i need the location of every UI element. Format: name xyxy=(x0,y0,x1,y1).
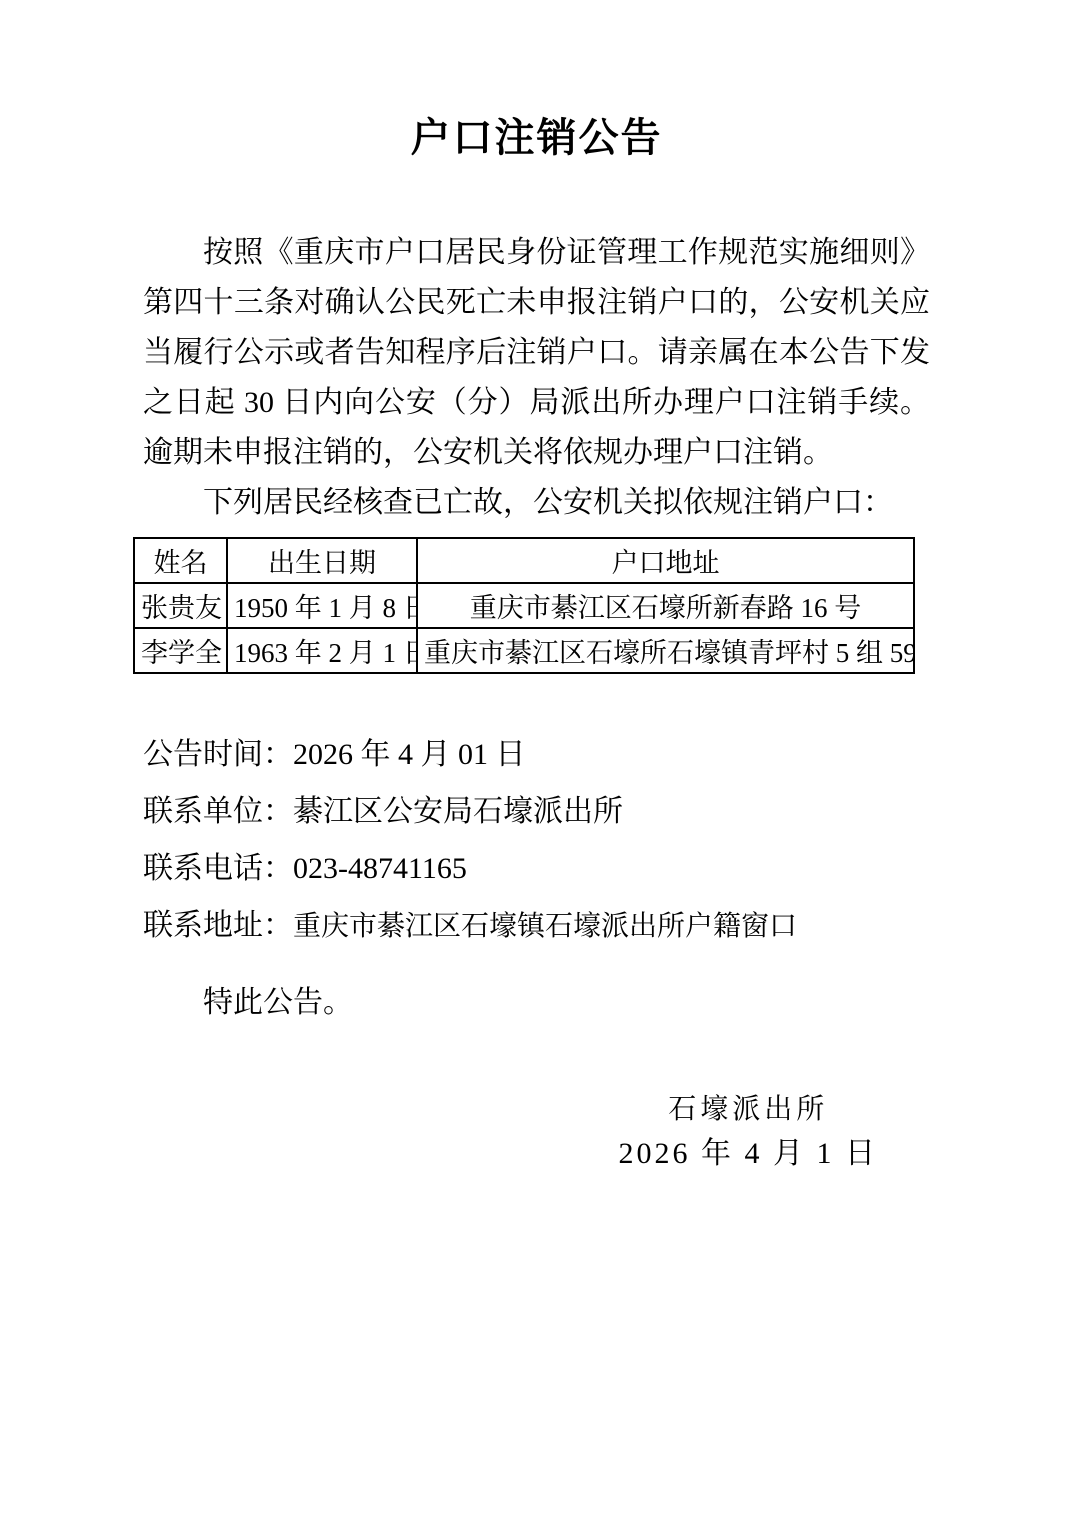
contact-unit-value: 綦江区公安局石壕派出所 xyxy=(293,795,623,828)
resident-address: 重庆市綦江区石壕所新春路 16 号 xyxy=(417,583,914,628)
table-header-birth-date: 出生日期 xyxy=(227,538,417,583)
contact-section: 公告时间：2026 年 4 月 01 日 联系单位：綦江区公安局石壕派出所 联系… xyxy=(143,740,930,942)
notice-date-line: 公告时间：2026 年 4 月 01 日 xyxy=(143,740,930,770)
resident-birth-date: 1950 年 1 月 8 日 xyxy=(227,583,417,628)
signature-unit: 石壕派出所 xyxy=(619,1088,879,1132)
notice-page: 户口注销公告 按照《重庆市户口居民身份证管理工作规范实施细则》第四十三条对确认公… xyxy=(0,0,1074,1176)
table-header-row: 姓名 出生日期 户口地址 xyxy=(134,538,914,583)
resident-birth-date: 1963 年 2 月 1 日 xyxy=(227,628,417,673)
notice-intro-line: 下列居民经核查已亡故，公安机关拟依规注销户口： xyxy=(143,478,930,528)
contact-phone-label: 联系电话： xyxy=(143,852,293,885)
notice-date-label: 公告时间： xyxy=(143,738,293,771)
contact-address-label: 联系地址： xyxy=(143,909,293,942)
contact-address-line: 联系地址：重庆市綦江区石壕镇石壕派出所户籍窗口 xyxy=(143,911,930,942)
closing-statement: 特此公告。 xyxy=(143,988,930,1018)
notice-body-paragraph: 按照《重庆市户口居民身份证管理工作规范实施细则》第四十三条对确认公民死亡未申报注… xyxy=(143,228,930,478)
signature-block: 石壕派出所 2026 年 4 月 1 日 xyxy=(143,1088,930,1176)
resident-name: 张贵友 xyxy=(134,583,227,628)
signature-date: 2026 年 4 月 1 日 xyxy=(619,1132,879,1176)
table-row: 李学全 1963 年 2 月 1 日 重庆市綦江区石壕所石壕镇青坪村 5 组 5… xyxy=(134,628,914,673)
page-title: 户口注销公告 xyxy=(143,112,930,164)
table-header-name: 姓名 xyxy=(134,538,227,583)
notice-date-value: 2026 年 4 月 01 日 xyxy=(293,738,526,771)
table-header-address: 户口地址 xyxy=(417,538,914,583)
contact-address-value: 重庆市綦江区石壕镇石壕派出所户籍窗口 xyxy=(293,911,797,942)
table-row: 张贵友 1950 年 1 月 8 日 重庆市綦江区石壕所新春路 16 号 xyxy=(134,583,914,628)
resident-address: 重庆市綦江区石壕所石壕镇青坪村 5 组 59 号 xyxy=(417,628,914,673)
contact-unit-label: 联系单位： xyxy=(143,795,293,828)
contact-phone-value: 023-48741165 xyxy=(293,852,467,885)
resident-name: 李学全 xyxy=(134,628,227,673)
contact-phone-line: 联系电话：023-48741165 xyxy=(143,854,930,884)
contact-unit-line: 联系单位：綦江区公安局石壕派出所 xyxy=(143,797,930,827)
residents-table: 姓名 出生日期 户口地址 张贵友 1950 年 1 月 8 日 重庆市綦江区石壕… xyxy=(133,537,915,674)
